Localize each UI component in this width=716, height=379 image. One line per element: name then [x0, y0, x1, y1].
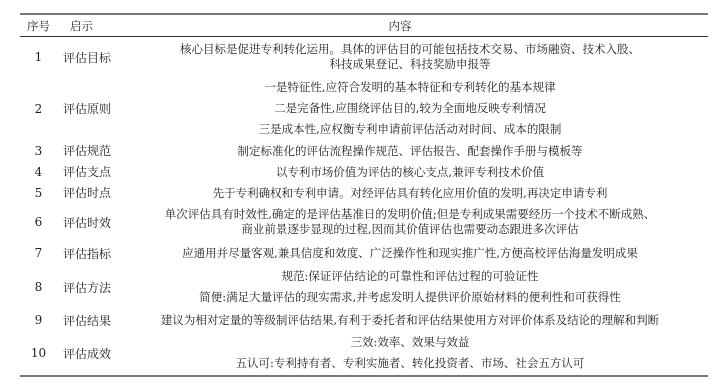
- row-number: 5: [20, 186, 57, 200]
- row-number: 9: [20, 313, 57, 327]
- row-number: 8: [20, 280, 57, 294]
- row-content: 单次评估具有时效性,确定的是评估基准日的发明价值;但是专利成果需要经历一个技术不…: [132, 207, 708, 238]
- row-number: 3: [20, 144, 57, 158]
- table-row: 8 评估方法 规范:保证评估结论的可靠性和评估过程的可验证性 简便:满足大量评估…: [20, 265, 708, 309]
- row-hint: 评估结果: [57, 312, 132, 329]
- row-content: 规范:保证评估结论的可靠性和评估过程的可验证性 简便:满足大量评估的现实需求,并…: [132, 266, 708, 308]
- row-content: 以专利市场价值为评估的核心支点,兼评专利技术价值: [132, 164, 708, 180]
- table-row: 10 评估成效 三效:效率、效果与效益 五认可:专利持有者、专利实施者、转化投资…: [20, 331, 708, 375]
- table-row: 9 评估结果 建议为相对定量的等级制评估结果,有利于委托者和评估结果使用方对评价…: [20, 309, 708, 331]
- row-hint: 评估规范: [57, 142, 132, 159]
- row-number: 6: [20, 215, 57, 229]
- row-content: 建议为相对定量的等级制评估结果,有利于委托者和评估结果使用方对评价体系及结论的理…: [132, 312, 708, 328]
- row-hint: 评估指标: [57, 245, 132, 262]
- row-hint: 评估支点: [57, 163, 132, 180]
- row-number: 2: [20, 102, 57, 116]
- table-header: 序号 启示 内容: [20, 15, 708, 37]
- header-content: 内容: [132, 18, 708, 34]
- row-hint: 评估方法: [57, 279, 132, 296]
- header-number: 序号: [20, 18, 57, 34]
- row-hint: 评估时点: [57, 184, 132, 201]
- evaluation-table: 序号 启示 内容 1 评估目标 核心目标是促进专利转化运用。具体的评估目的可能包…: [20, 13, 708, 377]
- row-hint: 评估目标: [57, 49, 132, 66]
- table-row: 4 评估支点 以专利市场价值为评估的核心支点,兼评专利技术价值: [20, 161, 708, 182]
- table-row: 7 评估指标 应通用并尽量客观,兼具信度和效度、广泛操作性和现实推广性,方便高校…: [20, 241, 708, 265]
- row-number: 10: [20, 346, 57, 360]
- header-hint: 启示: [57, 18, 132, 34]
- table-row: 6 评估时效 单次评估具有时效性,确定的是评估基准日的发明价值;但是专利成果需要…: [20, 203, 708, 241]
- table-row: 3 评估规范 制定标准化的评估流程操作规范、评估报告、配套操作手册与模板等: [20, 140, 708, 161]
- row-content: 制定标准化的评估流程操作规范、评估报告、配套操作手册与模板等: [132, 143, 708, 159]
- row-content: 先于专利确权和专利申请。对经评估具有转化应用价值的发明,再决定申请专利: [132, 185, 708, 201]
- table-row: 1 评估目标 核心目标是促进专利转化运用。具体的评估目的可能包括技术交易、市场融…: [20, 37, 708, 77]
- row-number: 1: [20, 50, 57, 64]
- row-content: 一是特征性,应符合发明的基本特征和专利转化的基本规律 二是完备性,应围绕评估目的…: [132, 77, 708, 140]
- row-hint: 评估成效: [57, 345, 132, 362]
- table-row: 5 评估时点 先于专利确权和专利申请。对经评估具有转化应用价值的发明,再决定申请…: [20, 182, 708, 203]
- row-hint: 评估原则: [57, 100, 132, 117]
- table-row: 2 评估原则 一是特征性,应符合发明的基本特征和专利转化的基本规律 二是完备性,…: [20, 77, 708, 140]
- row-content: 核心目标是促进专利转化运用。具体的评估目的可能包括技术交易、市场融资、技术入股、…: [132, 42, 708, 73]
- row-number: 4: [20, 165, 57, 179]
- row-content: 三效:效率、效果与效益 五认可:专利持有者、专利实施者、转化投资者、市场、社会五…: [132, 332, 708, 374]
- row-content: 应通用并尽量客观,兼具信度和效度、广泛操作性和现实推广性,方便高校评估海量发明成…: [132, 245, 708, 261]
- row-hint: 评估时效: [57, 214, 132, 231]
- row-number: 7: [20, 246, 57, 260]
